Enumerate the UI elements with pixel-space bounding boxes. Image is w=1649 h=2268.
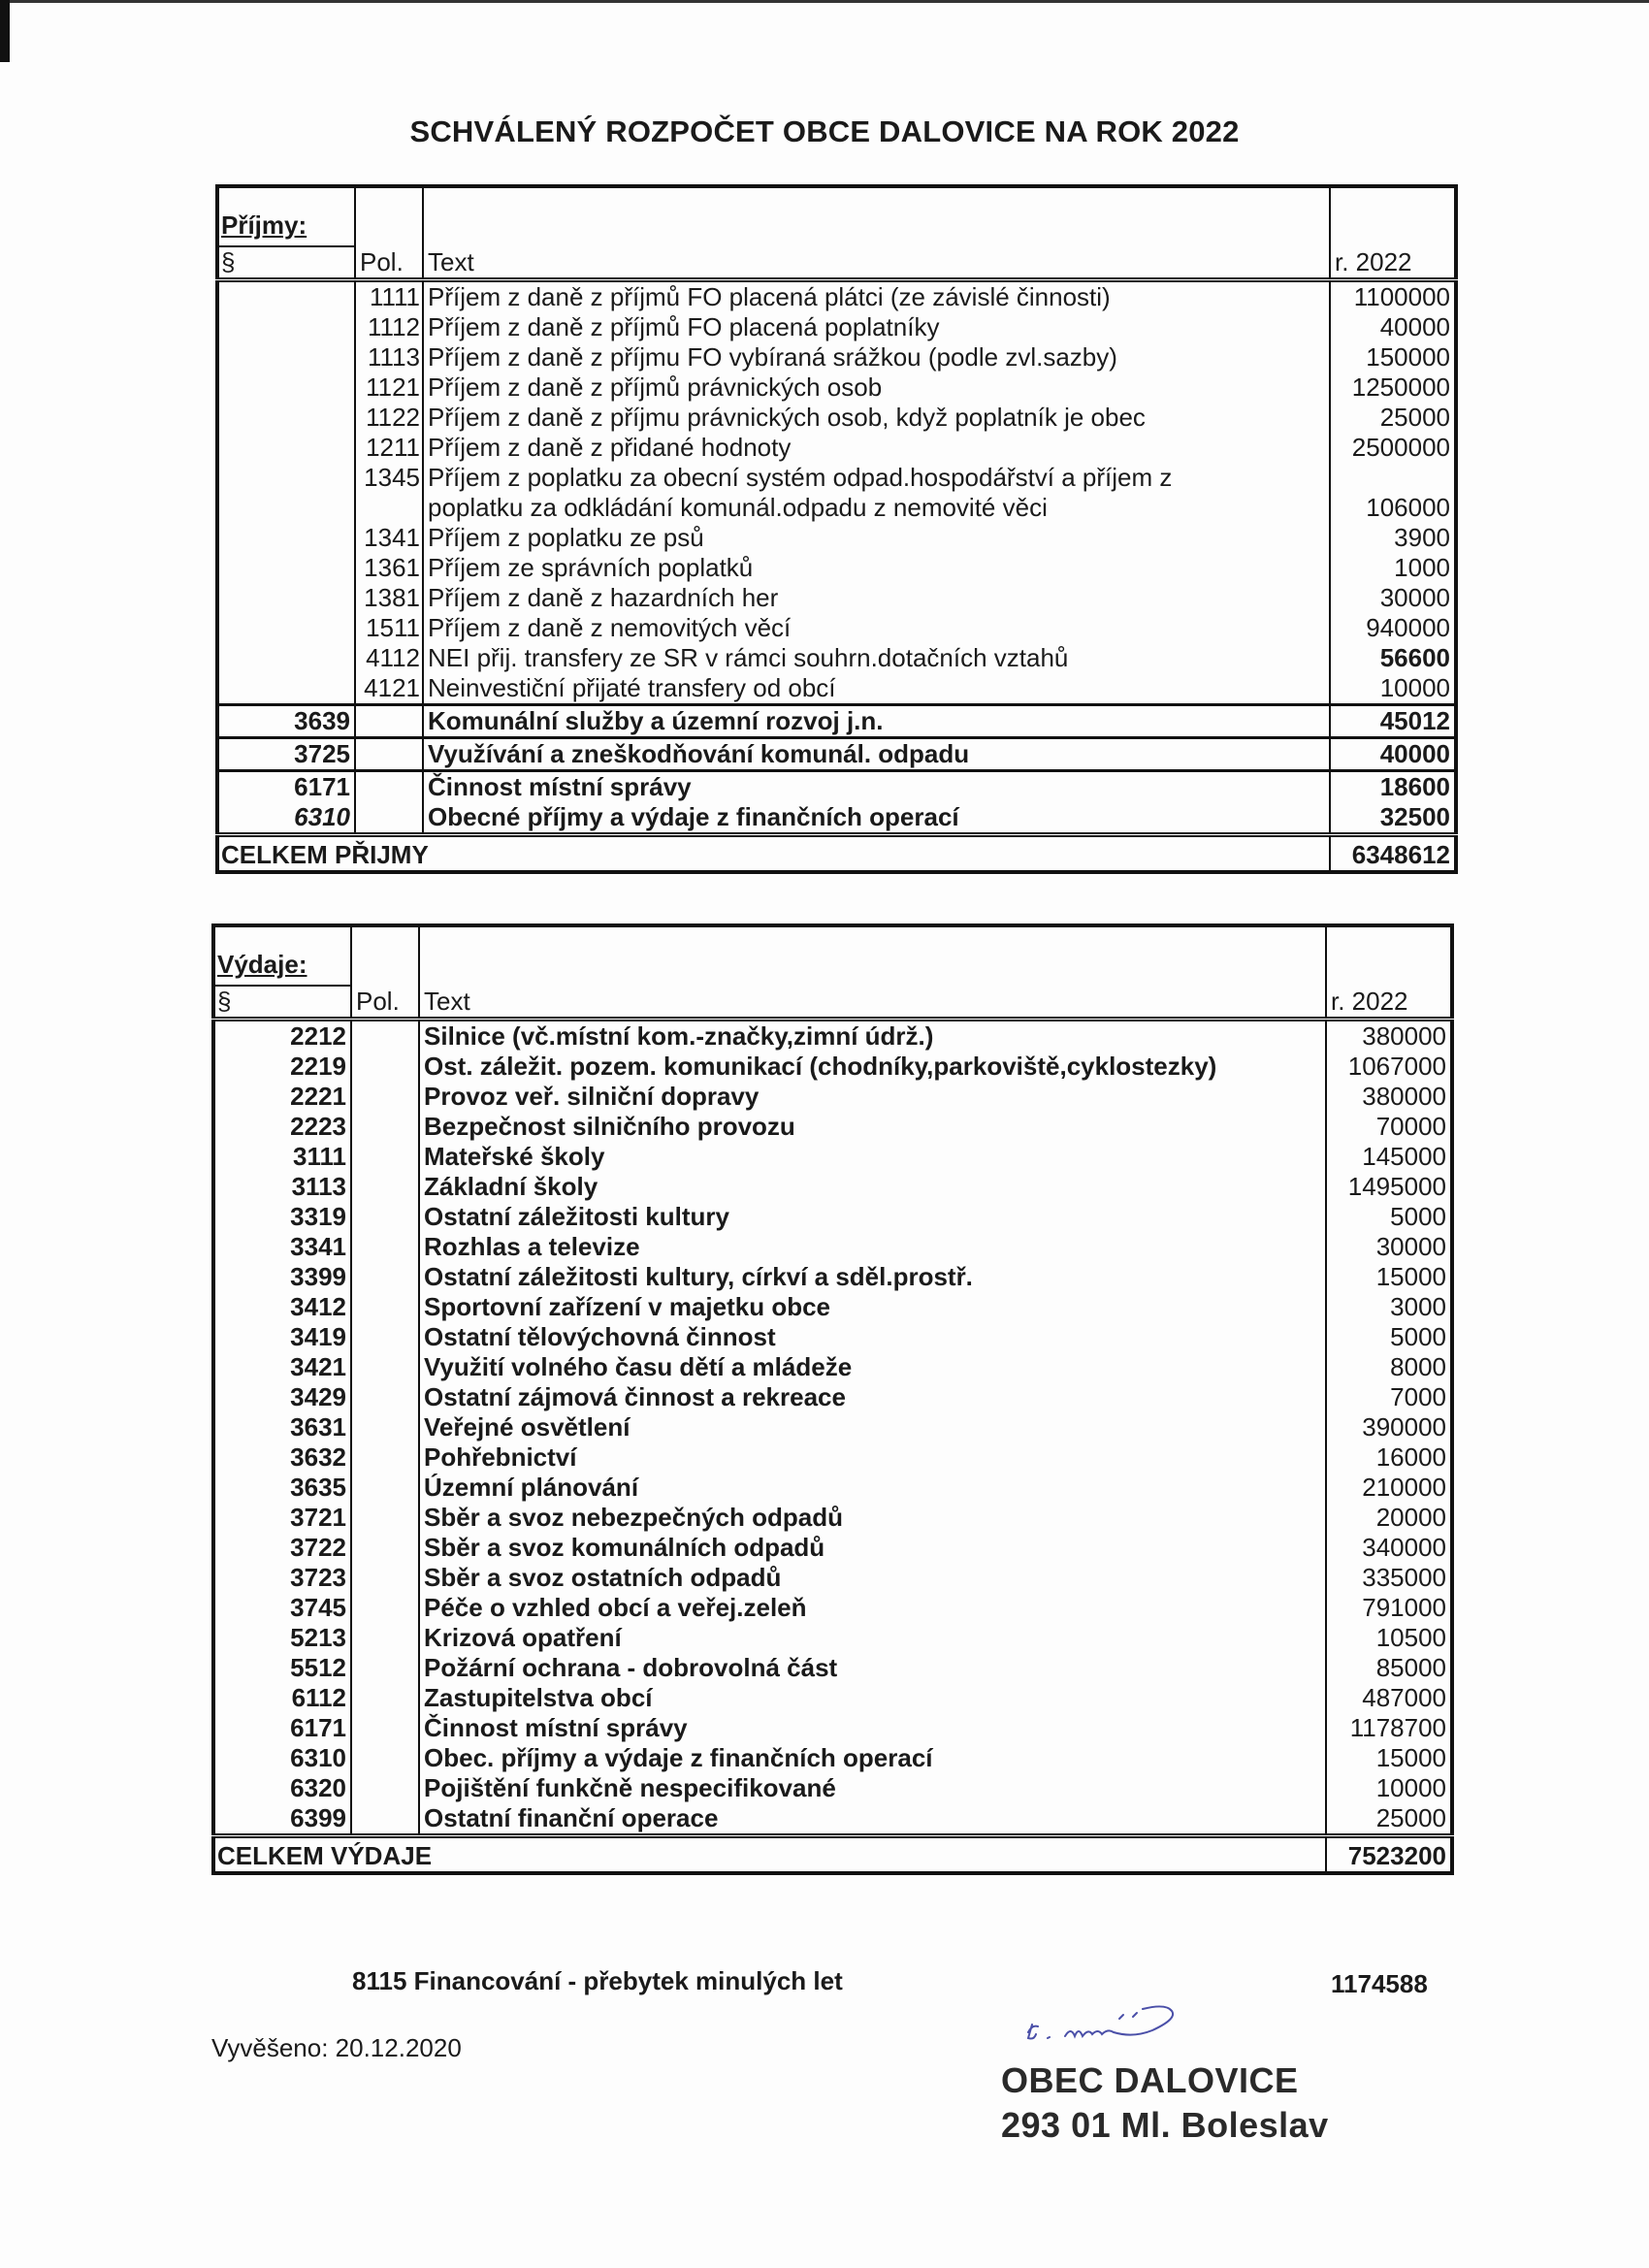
description-cell: Ostatní záležitosti kultury	[419, 1202, 1326, 1232]
paragraph-cell	[217, 463, 355, 493]
paragraph-cell: 3639	[217, 705, 355, 738]
item-code-cell	[351, 1352, 419, 1382]
paragraph-cell: 3722	[213, 1533, 351, 1563]
table-row: 1111Příjem z daně z příjmů FO placená pl…	[217, 282, 1456, 312]
description-cell: Příjem z daně z příjmu právnických osob,…	[423, 403, 1330, 433]
expense-total-value: 7523200	[1326, 1836, 1452, 1874]
item-code-cell: 1381	[355, 583, 423, 613]
table-row: 1112Příjem z daně z příjmů FO placená po…	[217, 312, 1456, 342]
amount-cell: 210000	[1326, 1473, 1452, 1503]
description-cell: Příjem z poplatku za obecní systém odpad…	[423, 463, 1330, 493]
amount-cell: 15000	[1326, 1743, 1452, 1773]
item-code-cell	[351, 1803, 419, 1836]
income-header-row: Příjmy: § Pol. Text r. 2022	[217, 186, 1456, 280]
paragraph-cell	[217, 403, 355, 433]
table-row: 3419Ostatní tělovýchovná činnost5000	[213, 1322, 1452, 1352]
item-code-cell	[355, 802, 423, 835]
section-sign: §	[219, 247, 354, 277]
paragraph-cell: 3631	[213, 1412, 351, 1442]
amount-cell: 30000	[1330, 583, 1456, 613]
amount-cell: 7000	[1326, 1382, 1452, 1412]
amount-cell: 3000	[1326, 1292, 1452, 1322]
amount-cell: 10000	[1330, 673, 1456, 705]
table-row: 3631Veřejné osvětlení390000	[213, 1412, 1452, 1442]
amount-cell: 1250000	[1330, 373, 1456, 403]
scan-top-edge	[10, 0, 1649, 3]
table-row: 3721Sběr a svoz nebezpečných odpadů20000	[213, 1503, 1452, 1533]
paragraph-cell: 5213	[213, 1623, 351, 1653]
description-cell: Ostatní zájmová činnost a rekreace	[419, 1382, 1326, 1412]
expense-total-row: CELKEM VÝDAJE 7523200	[213, 1836, 1452, 1874]
paragraph-cell: 6171	[213, 1713, 351, 1743]
description-cell: Činnost místní správy	[423, 771, 1330, 803]
financing-value: 1174588	[1331, 1969, 1428, 1999]
table-row: 3429Ostatní zájmová činnost a rekreace70…	[213, 1382, 1452, 1412]
item-code-cell	[351, 1112, 419, 1142]
expense-header-row: Výdaje: § Pol. Text r. 2022	[213, 925, 1452, 1020]
table-row: poplatku za odkládání komunál.odpadu z n…	[217, 493, 1456, 523]
description-cell: Příjem z daně z hazardních her	[423, 583, 1330, 613]
item-code-cell	[355, 771, 423, 803]
paragraph-cell: 6171	[217, 771, 355, 803]
expense-table: Výdaje: § Pol. Text r. 2022 2212Silnice …	[211, 923, 1454, 1875]
table-row: 6399Ostatní finanční operace25000	[213, 1803, 1452, 1836]
income-header-label: Příjmy:	[219, 211, 354, 247]
paragraph-cell: 3635	[213, 1473, 351, 1503]
table-row: 3111Mateřské školy145000	[213, 1142, 1452, 1172]
description-cell: Sběr a svoz nebezpečných odpadů	[419, 1503, 1326, 1533]
amount-cell: 20000	[1326, 1503, 1452, 1533]
amount-cell: 106000	[1330, 493, 1456, 523]
item-code-cell: 4121	[355, 673, 423, 705]
table-row: 3113Základní školy1495000	[213, 1172, 1452, 1202]
table-row: 1122Příjem z daně z příjmu právnických o…	[217, 403, 1456, 433]
paragraph-cell: 3421	[213, 1352, 351, 1382]
table-row: 3412Sportovní zařízení v majetku obce300…	[213, 1292, 1452, 1322]
document-title: SCHVÁLENÝ ROZPOČET OBCE DALOVICE NA ROK …	[0, 114, 1649, 149]
paragraph-cell: 3429	[213, 1382, 351, 1412]
expense-header-paragraph: Výdaje: §	[213, 925, 351, 1020]
paragraph-cell: 3721	[213, 1503, 351, 1533]
paragraph-cell	[217, 673, 355, 705]
table-row: 3319Ostatní záležitosti kultury5000	[213, 1202, 1452, 1232]
table-row: 6310Obec. příjmy a výdaje z finančních o…	[213, 1743, 1452, 1773]
amount-cell: 56600	[1330, 643, 1456, 673]
table-row: 2212Silnice (vč.místní kom.-značky,zimní…	[213, 1021, 1452, 1052]
description-cell: NEI přij. transfery ze SR v rámci souhrn…	[423, 643, 1330, 673]
table-row: 2223Bezpečnost silničního provozu70000	[213, 1112, 1452, 1142]
paragraph-cell	[217, 643, 355, 673]
item-code-cell	[351, 1382, 419, 1412]
amount-cell	[1330, 463, 1456, 493]
income-header-value: r. 2022	[1330, 186, 1456, 280]
paragraph-cell: 3632	[213, 1442, 351, 1473]
table-row: 6171Činnost místní správy1178700	[213, 1713, 1452, 1743]
item-code-cell	[351, 1713, 419, 1743]
amount-cell: 18600	[1330, 771, 1456, 803]
table-row: 5213Krizová opatření10500	[213, 1623, 1452, 1653]
paragraph-cell: 6320	[213, 1773, 351, 1803]
paragraph-cell: 2223	[213, 1112, 351, 1142]
description-cell: Komunální služby a územní rozvoj j.n.	[423, 705, 1330, 738]
item-code-cell	[351, 1593, 419, 1623]
item-code-cell: 1361	[355, 553, 423, 583]
description-cell: Krizová opatření	[419, 1623, 1326, 1653]
item-code-cell	[351, 1442, 419, 1473]
amount-cell: 1178700	[1326, 1713, 1452, 1743]
paragraph-cell: 2221	[213, 1082, 351, 1112]
paragraph-cell: 5512	[213, 1653, 351, 1683]
paragraph-cell	[217, 613, 355, 643]
description-cell: poplatku za odkládání komunál.odpadu z n…	[423, 493, 1330, 523]
item-code-cell	[351, 1623, 419, 1653]
paragraph-cell	[217, 493, 355, 523]
amount-cell: 32500	[1330, 802, 1456, 835]
table-row: 3341Rozhlas a televize30000	[213, 1232, 1452, 1262]
paragraph-cell: 3113	[213, 1172, 351, 1202]
item-code-cell: 1345	[355, 463, 423, 493]
amount-cell: 1067000	[1326, 1052, 1452, 1082]
amount-cell: 380000	[1326, 1082, 1452, 1112]
table-row: 3723Sběr a svoz ostatních odpadů335000	[213, 1563, 1452, 1593]
paragraph-cell	[217, 523, 355, 553]
table-row: 3745Péče o vzhled obcí a veřej.zeleň7910…	[213, 1593, 1452, 1623]
table-row: 2219Ost. záležit. pozem. komunikací (cho…	[213, 1052, 1452, 1082]
paragraph-cell: 3725	[217, 738, 355, 771]
amount-cell: 791000	[1326, 1593, 1452, 1623]
expense-header-label: Výdaje:	[215, 950, 350, 987]
amount-cell: 335000	[1326, 1563, 1452, 1593]
amount-cell: 10500	[1326, 1623, 1452, 1653]
paragraph-cell: 2212	[213, 1021, 351, 1052]
description-cell: Pojištění funkčně nespecifikované	[419, 1773, 1326, 1803]
amount-cell: 145000	[1326, 1142, 1452, 1172]
description-cell: Pohřebnictví	[419, 1442, 1326, 1473]
item-code-cell	[351, 1473, 419, 1503]
item-code-cell: 1111	[355, 282, 423, 312]
table-row: 1381Příjem z daně z hazardních her30000	[217, 583, 1456, 613]
item-code-cell: 1121	[355, 373, 423, 403]
description-cell: Příjem z daně z přidané hodnoty	[423, 433, 1330, 463]
amount-cell: 150000	[1330, 342, 1456, 373]
amount-cell: 40000	[1330, 738, 1456, 771]
paragraph-cell	[217, 312, 355, 342]
table-row: 3639Komunální služby a územní rozvoj j.n…	[217, 705, 1456, 738]
paragraph-cell	[217, 342, 355, 373]
table-row: 1211Příjem z daně z přidané hodnoty25000…	[217, 433, 1456, 463]
expense-header-pol: Pol.	[351, 925, 419, 1020]
income-total-row: CELKEM PŘIJMY 6348612	[217, 835, 1456, 873]
section-sign: §	[215, 987, 350, 1017]
amount-cell: 30000	[1326, 1232, 1452, 1262]
item-code-cell: 1113	[355, 342, 423, 373]
paragraph-cell: 6310	[217, 802, 355, 835]
table-row: 6320Pojištění funkčně nespecifikované100…	[213, 1773, 1452, 1803]
table-row: 4121Neinvestiční přijaté transfery od ob…	[217, 673, 1456, 705]
description-cell: Sběr a svoz komunálních odpadů	[419, 1533, 1326, 1563]
financing-label: 8115 Financování - přebytek minulých let	[352, 1966, 843, 1996]
table-row: 6310Obecné příjmy a výdaje z finančních …	[217, 802, 1456, 835]
expense-header-value: r. 2022	[1326, 925, 1452, 1020]
item-code-cell	[351, 1563, 419, 1593]
table-row: 3421Využití volného času dětí a mládeže8…	[213, 1352, 1452, 1382]
income-header-pol: Pol.	[355, 186, 423, 280]
table-row: 2221Provoz veř. silniční dopravy380000	[213, 1082, 1452, 1112]
income-header-text: Text	[423, 186, 1330, 280]
description-cell: Sběr a svoz ostatních odpadů	[419, 1563, 1326, 1593]
description-cell: Neinvestiční přijaté transfery od obcí	[423, 673, 1330, 705]
item-code-cell	[351, 1082, 419, 1112]
municipal-stamp: OBEC DALOVICE 293 01 Ml. Boleslav	[1001, 2058, 1329, 2148]
paragraph-cell: 3341	[213, 1232, 351, 1262]
paragraph-cell: 3111	[213, 1142, 351, 1172]
income-header-paragraph: Příjmy: §	[217, 186, 355, 280]
description-cell: Příjem z daně z příjmů FO placená poplat…	[423, 312, 1330, 342]
table-row: 1341Příjem z poplatku ze psů3900	[217, 523, 1456, 553]
item-code-cell	[351, 1202, 419, 1232]
paragraph-cell: 3419	[213, 1322, 351, 1352]
paragraph-cell	[217, 282, 355, 312]
amount-cell: 45012	[1330, 705, 1456, 738]
item-code-cell: 1511	[355, 613, 423, 643]
paragraph-cell	[217, 583, 355, 613]
income-table: Příjmy: § Pol. Text r. 2022 1111Příjem z…	[215, 184, 1458, 874]
amount-cell: 1495000	[1326, 1172, 1452, 1202]
table-row: 1121Příjem z daně z příjmů právnických o…	[217, 373, 1456, 403]
income-rows: 1111Příjem z daně z příjmů FO placená pl…	[217, 282, 1456, 705]
table-row: 3635Územní plánování210000	[213, 1473, 1452, 1503]
paragraph-cell	[217, 373, 355, 403]
amount-cell: 15000	[1326, 1262, 1452, 1292]
description-cell: Ostatní finanční operace	[419, 1803, 1326, 1836]
table-row: 1361Příjem ze správních poplatků1000	[217, 553, 1456, 583]
expense-header-text: Text	[419, 925, 1326, 1020]
amount-cell: 16000	[1326, 1442, 1452, 1473]
description-cell: Ostatní tělovýchovná činnost	[419, 1322, 1326, 1352]
description-cell: Příjem z daně z příjmů FO placená plátci…	[423, 282, 1330, 312]
description-cell: Využití volného času dětí a mládeže	[419, 1352, 1326, 1382]
description-cell: Příjem z daně z nemovitých věcí	[423, 613, 1330, 643]
paragraph-cell	[217, 433, 355, 463]
item-code-cell	[355, 705, 423, 738]
table-row: 1345Příjem z poplatku za obecní systém o…	[217, 463, 1456, 493]
amount-cell: 85000	[1326, 1653, 1452, 1683]
amount-cell: 40000	[1330, 312, 1456, 342]
paragraph-cell: 3723	[213, 1563, 351, 1593]
description-cell: Sportovní zařízení v majetku obce	[419, 1292, 1326, 1322]
description-cell: Základní školy	[419, 1172, 1326, 1202]
item-code-cell: 1211	[355, 433, 423, 463]
item-code-cell	[351, 1773, 419, 1803]
paragraph-cell	[217, 553, 355, 583]
expense-total-label: CELKEM VÝDAJE	[213, 1836, 1326, 1874]
table-row: 1511Příjem z daně z nemovitých věcí94000…	[217, 613, 1456, 643]
paragraph-cell: 3399	[213, 1262, 351, 1292]
income-total-value: 6348612	[1330, 835, 1456, 873]
amount-cell: 390000	[1326, 1412, 1452, 1442]
item-code-cell	[351, 1503, 419, 1533]
amount-cell: 10000	[1326, 1773, 1452, 1803]
amount-cell: 1100000	[1330, 282, 1456, 312]
item-code-cell	[355, 738, 423, 771]
amount-cell: 487000	[1326, 1683, 1452, 1713]
posted-date: Vyvěšeno: 20.12.2020	[211, 2033, 462, 2063]
description-cell: Rozhlas a televize	[419, 1232, 1326, 1262]
table-row: 5512Požární ochrana - dobrovolná část850…	[213, 1653, 1452, 1683]
amount-cell: 25000	[1326, 1803, 1452, 1836]
description-cell: Příjem z daně z příjmů právnických osob	[423, 373, 1330, 403]
amount-cell: 5000	[1326, 1322, 1452, 1352]
item-code-cell: 1122	[355, 403, 423, 433]
paragraph-cell: 6112	[213, 1683, 351, 1713]
income-total-label: CELKEM PŘIJMY	[217, 835, 1330, 873]
description-cell: Veřejné osvětlení	[419, 1412, 1326, 1442]
paragraph-cell: 3319	[213, 1202, 351, 1232]
stamp-line-1: OBEC DALOVICE	[1001, 2058, 1329, 2103]
description-cell: Příjem ze správních poplatků	[423, 553, 1330, 583]
item-code-cell: 4112	[355, 643, 423, 673]
description-cell: Mateřské školy	[419, 1142, 1326, 1172]
scan-edge-mark	[0, 0, 10, 62]
amount-cell: 380000	[1326, 1021, 1452, 1052]
item-code-cell	[351, 1743, 419, 1773]
item-code-cell	[351, 1322, 419, 1352]
item-code-cell: 1112	[355, 312, 423, 342]
description-cell: Silnice (vč.místní kom.-značky,zimní údr…	[419, 1021, 1326, 1052]
description-cell: Obecné příjmy a výdaje z finančních oper…	[423, 802, 1330, 835]
amount-cell: 1000	[1330, 553, 1456, 583]
item-code-cell	[351, 1142, 419, 1172]
description-cell: Zastupitelstva obcí	[419, 1683, 1326, 1713]
stamp-line-2: 293 01 Ml. Boleslav	[1001, 2103, 1329, 2148]
paragraph-cell: 6310	[213, 1743, 351, 1773]
description-cell: Příjem z daně z příjmu FO vybíraná srážk…	[423, 342, 1330, 373]
item-code-cell	[351, 1412, 419, 1442]
table-row: 3399Ostatní záležitosti kultury, církví …	[213, 1262, 1452, 1292]
item-code-cell: 1341	[355, 523, 423, 553]
description-cell: Využívání a zneškodňování komunál. odpad…	[423, 738, 1330, 771]
item-code-cell	[355, 493, 423, 523]
amount-cell: 25000	[1330, 403, 1456, 433]
item-code-cell	[351, 1021, 419, 1052]
table-row: 3722Sběr a svoz komunálních odpadů340000	[213, 1533, 1452, 1563]
paragraph-cell: 2219	[213, 1052, 351, 1082]
description-cell: Provoz veř. silniční dopravy	[419, 1082, 1326, 1112]
amount-cell: 340000	[1326, 1533, 1452, 1563]
description-cell: Požární ochrana - dobrovolná část	[419, 1653, 1326, 1683]
item-code-cell	[351, 1262, 419, 1292]
table-row: 3725Využívání a zneškodňování komunál. o…	[217, 738, 1456, 771]
amount-cell: 3900	[1330, 523, 1456, 553]
description-cell: Obec. příjmy a výdaje z finančních opera…	[419, 1743, 1326, 1773]
paragraph-cell: 6399	[213, 1803, 351, 1836]
amount-cell: 940000	[1330, 613, 1456, 643]
item-code-cell	[351, 1533, 419, 1563]
amount-cell: 2500000	[1330, 433, 1456, 463]
description-cell: Péče o vzhled obcí a veřej.zeleň	[419, 1593, 1326, 1623]
description-cell: Bezpečnost silničního provozu	[419, 1112, 1326, 1142]
table-row: 1113Příjem z daně z příjmu FO vybíraná s…	[217, 342, 1456, 373]
description-cell: Ost. záležit. pozem. komunikací (chodník…	[419, 1052, 1326, 1082]
signature-icon	[1018, 2003, 1251, 2052]
table-row: 6112Zastupitelstva obcí487000	[213, 1683, 1452, 1713]
amount-cell: 8000	[1326, 1352, 1452, 1382]
item-code-cell	[351, 1172, 419, 1202]
paragraph-cell: 3412	[213, 1292, 351, 1322]
description-cell: Činnost místní správy	[419, 1713, 1326, 1743]
amount-cell: 70000	[1326, 1112, 1452, 1142]
item-code-cell	[351, 1232, 419, 1262]
description-cell: Příjem z poplatku ze psů	[423, 523, 1330, 553]
table-row: 6171Činnost místní správy18600	[217, 771, 1456, 803]
description-cell: Ostatní záležitosti kultury, církví a sd…	[419, 1262, 1326, 1292]
paragraph-cell: 3745	[213, 1593, 351, 1623]
item-code-cell	[351, 1052, 419, 1082]
description-cell: Územní plánování	[419, 1473, 1326, 1503]
amount-cell: 5000	[1326, 1202, 1452, 1232]
item-code-cell	[351, 1292, 419, 1322]
table-row: 3632Pohřebnictví16000	[213, 1442, 1452, 1473]
income-paragraph-rows: 3639Komunální služby a územní rozvoj j.n…	[217, 705, 1456, 835]
item-code-cell	[351, 1653, 419, 1683]
item-code-cell	[351, 1683, 419, 1713]
table-row: 4112NEI přij. transfery ze SR v rámci so…	[217, 643, 1456, 673]
expense-rows: 2212Silnice (vč.místní kom.-značky,zimní…	[213, 1021, 1452, 1836]
